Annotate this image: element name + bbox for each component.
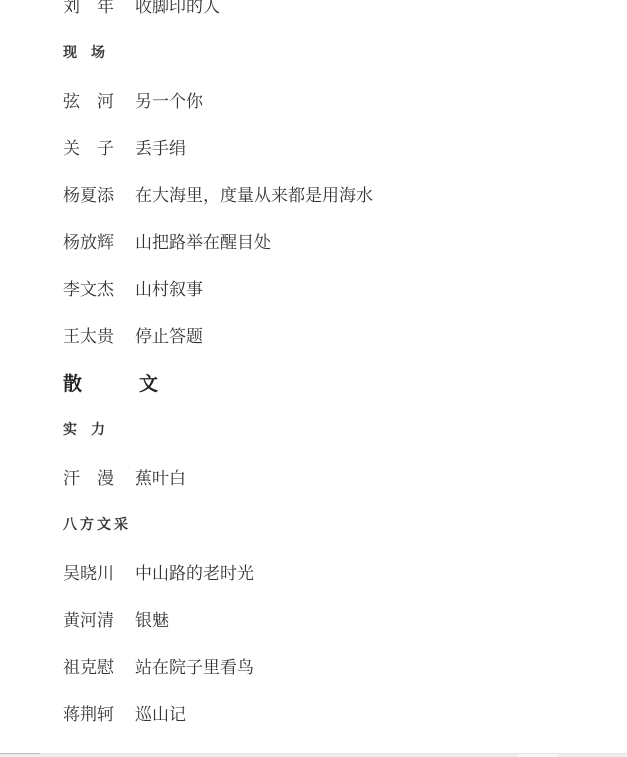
list-item: 关 子 丢手绢: [63, 137, 186, 161]
list-item: 黄河清 银魅: [63, 609, 169, 633]
work-title: 停止答题: [135, 325, 203, 349]
work-title: 收脚印的人: [135, 0, 220, 19]
work-title: 山把路举在醒目处: [135, 231, 271, 255]
work-title: 站在院子里看鸟: [135, 656, 254, 680]
work-title: 另一个你: [135, 90, 203, 114]
list-item: 李文杰 山村叙事: [63, 278, 203, 302]
list-item: 刘 年 收脚印的人: [63, 0, 220, 19]
section-heading: 八方文采: [63, 515, 131, 535]
list-item: 弦 河 另一个你: [63, 90, 203, 114]
author-name: 弦 河: [63, 90, 135, 114]
author-name: 刘 年: [63, 0, 135, 19]
author-name: 祖克慰: [63, 656, 135, 680]
author-name: 关 子: [63, 137, 135, 161]
work-title: 山村叙事: [135, 278, 203, 302]
list-item: 吴晓川 中山路的老时光: [63, 562, 254, 586]
work-title: 在大海里，度量从来都是用海水: [135, 184, 373, 208]
horizontal-scrollbar[interactable]: [0, 753, 627, 757]
section-heading: 现 场: [63, 43, 105, 63]
work-title: 蕉叶白: [135, 467, 186, 491]
author-name: 杨放辉: [63, 231, 135, 255]
author-name: 王太贵: [63, 325, 135, 349]
section-heading: 实 力: [63, 420, 105, 440]
major-heading: 散 文: [63, 371, 177, 397]
author-name: 汗 漫: [63, 467, 135, 491]
author-name: 蒋荆轲: [63, 703, 135, 727]
work-title: 银魅: [135, 609, 169, 633]
list-item: 汗 漫 蕉叶白: [63, 467, 186, 491]
author-name: 黄河清: [63, 609, 135, 633]
list-item: 祖克慰 站在院子里看鸟: [63, 656, 254, 680]
author-name: 吴晓川: [63, 562, 135, 586]
author-name: 杨夏添: [63, 184, 135, 208]
list-item: 杨放辉 山把路举在醒目处: [63, 231, 271, 255]
list-item: 蒋荆轲 巡山记: [63, 703, 186, 727]
list-item: 王太贵 停止答题: [63, 325, 203, 349]
list-item: 杨夏添 在大海里，度量从来都是用海水: [63, 184, 373, 208]
scrollbar-edge: [0, 753, 40, 754]
author-name: 李文杰: [63, 278, 135, 302]
work-title: 丢手绢: [135, 137, 186, 161]
work-title: 中山路的老时光: [135, 562, 254, 586]
work-title: 巡山记: [135, 703, 186, 727]
